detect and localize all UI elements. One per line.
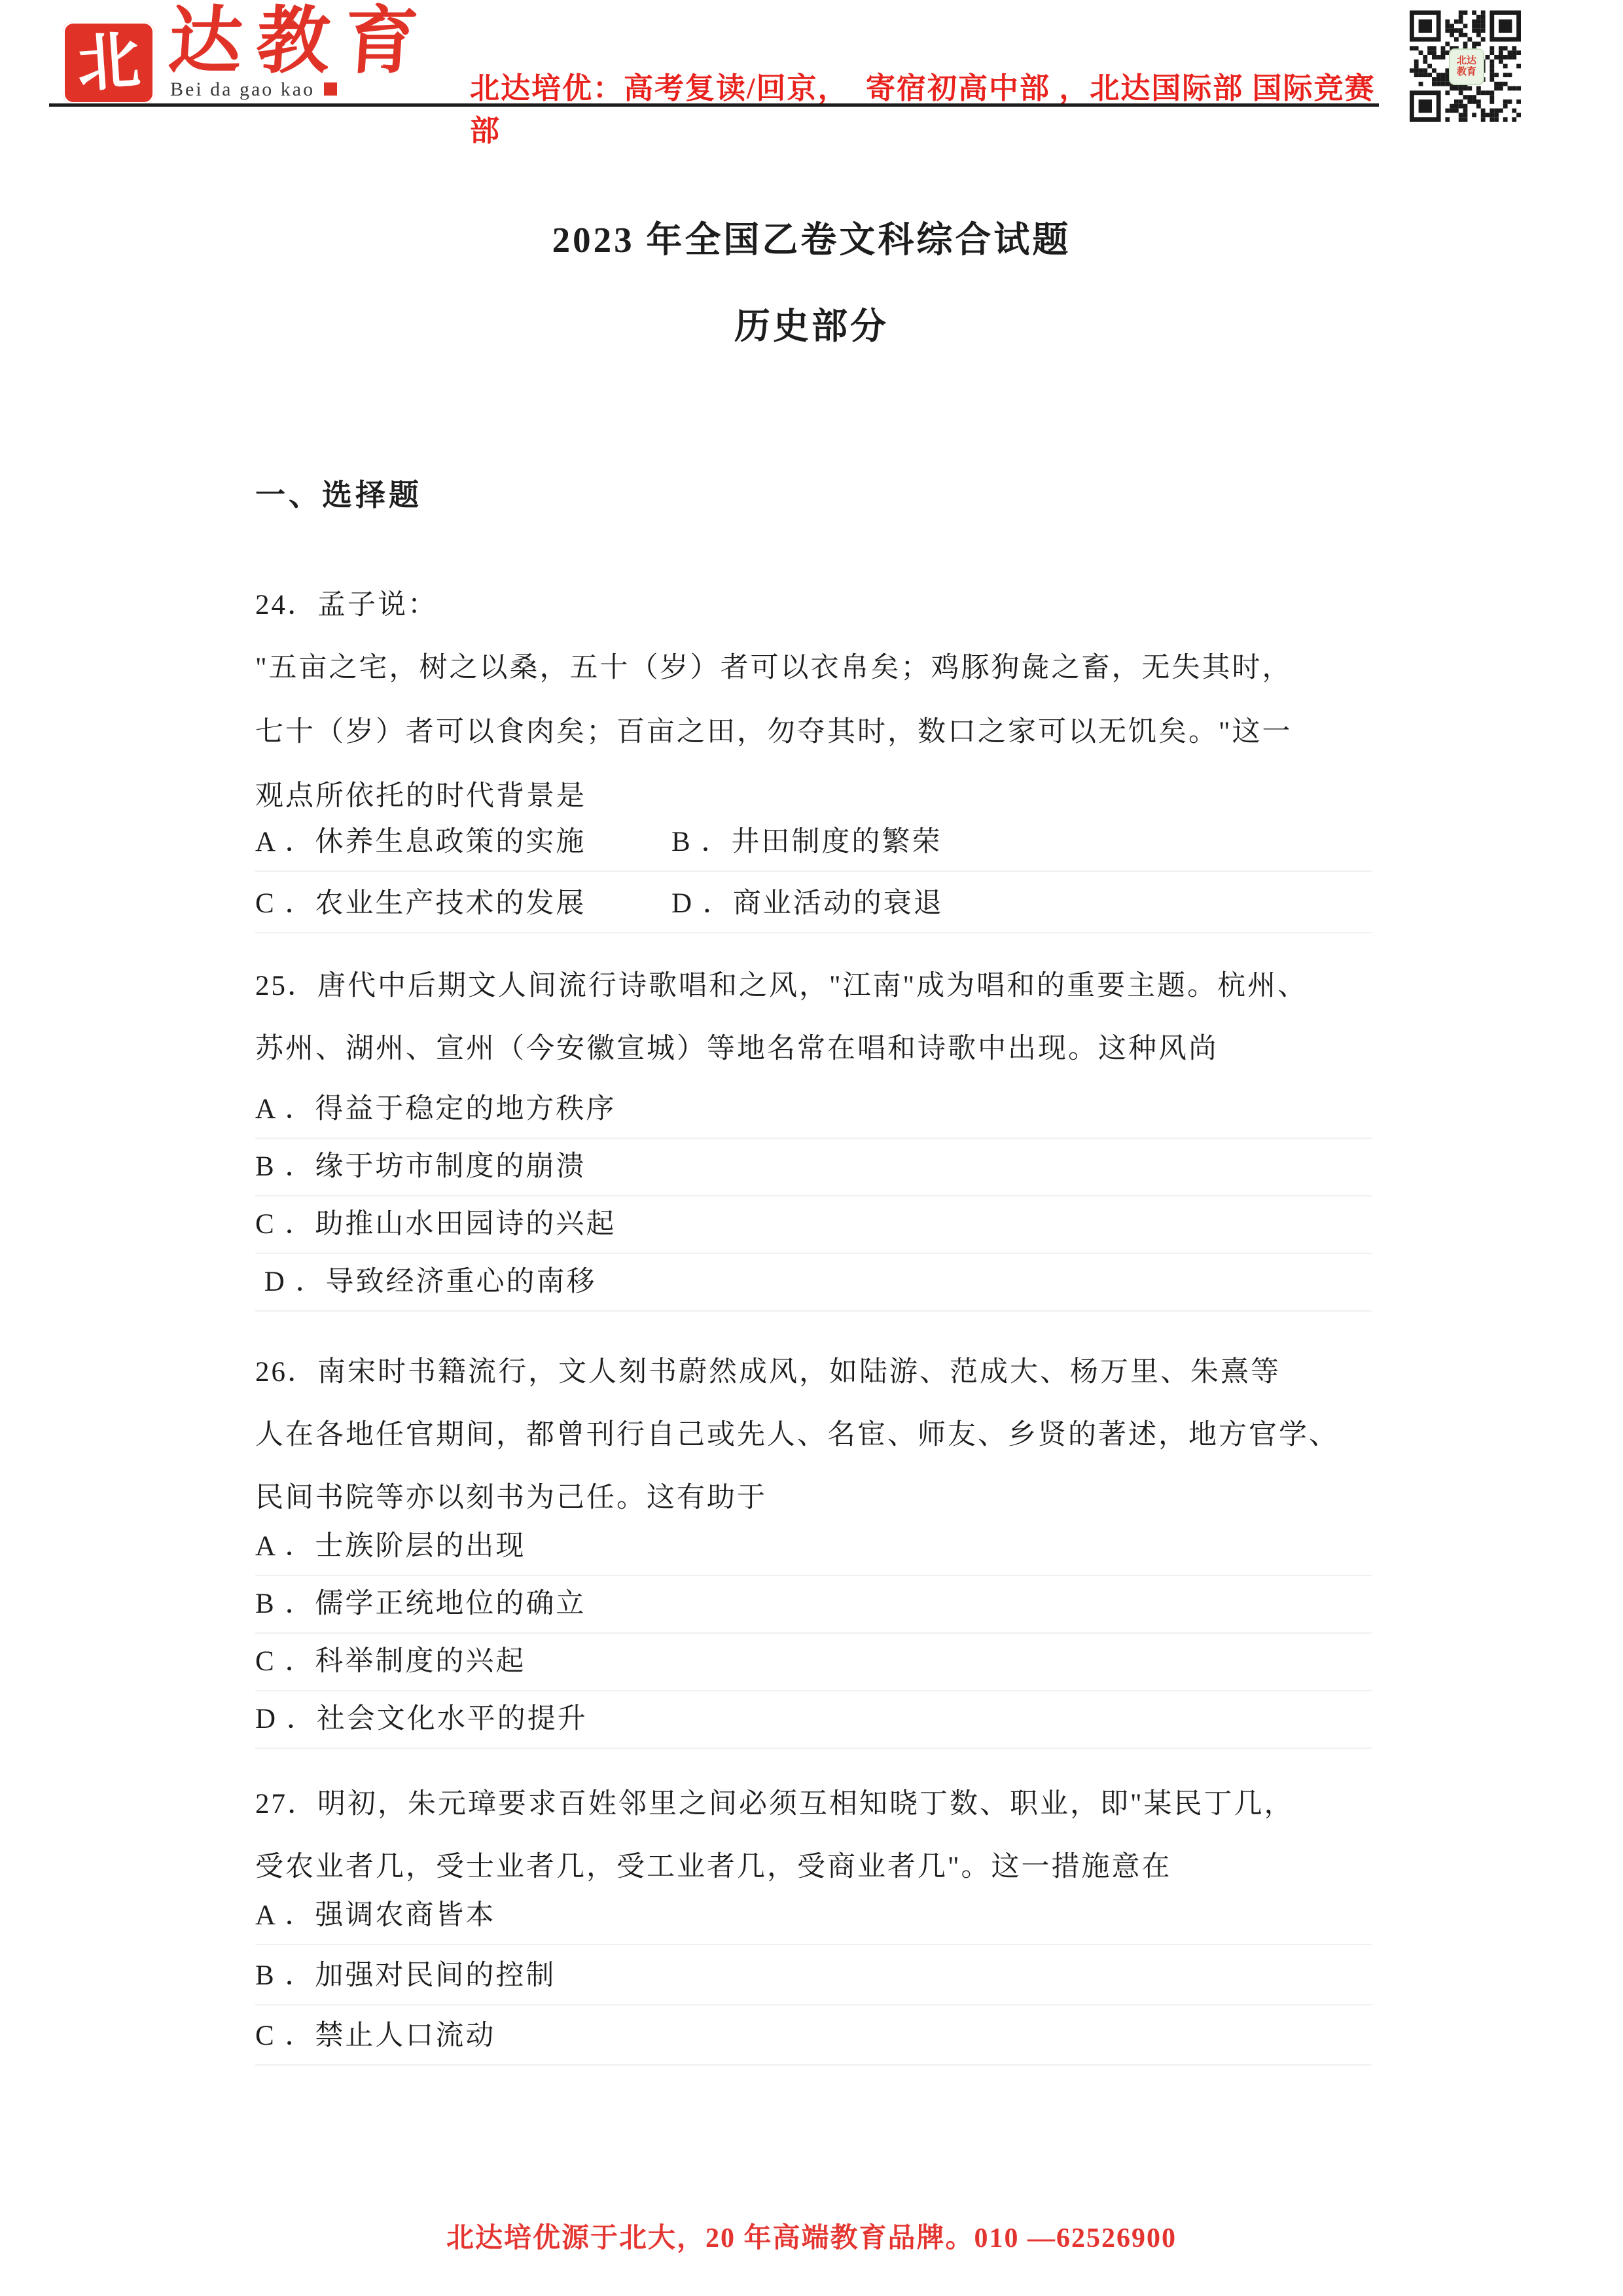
- qr-code: 北达 教育: [1410, 10, 1521, 122]
- footer-slogan: 北达培优源于北大，20 年高端教育品牌。010 —62526900: [0, 2216, 1623, 2255]
- q24-option-c: C ．农业生产技术的发展: [255, 885, 671, 923]
- q26-option-b: B ．儒学正统地位的确立: [255, 1585, 1372, 1634]
- qr-center-badge: 北达 教育: [1449, 48, 1484, 85]
- q27-stem-line: 27．明初，朱元璋要求百姓邻里之间必须互相知晓丁数、职业，即"某民丁几，: [255, 1785, 1372, 1823]
- q25-option-c: C ．助推山水田园诗的兴起: [255, 1206, 1372, 1254]
- q27-stem-line: 受农业者几，受士业者几，受工业者几，受商业者几"。这一措施意在: [255, 1848, 1372, 1886]
- q24-stem-line: "五亩之宅，树之以桑，五十（岁）者可以衣帛矣；鸡豚狗彘之畜，无失其时，: [255, 649, 1372, 687]
- header-divider: [49, 103, 1379, 107]
- q24-options-row: C ．农业生产技术的发展D ．商业活动的衰退: [255, 885, 1372, 933]
- q24-option-b: B ．井田制度的繁荣: [671, 827, 942, 857]
- logo-seal-character: 北: [75, 29, 142, 96]
- logo-brand-text: 达教育: [166, 5, 435, 79]
- document-subtitle: 历史部分: [0, 302, 1623, 351]
- q24-option-a: A ．休养生息政策的实施: [255, 823, 671, 861]
- q26-option-d: D ．社会文化水平的提升: [255, 1700, 1372, 1749]
- header-tagline: 北达培优：高考复读/回京， 寄宿初高中部 ，北达国际部 国际竞赛部: [470, 64, 1386, 149]
- q24-options-row: A ．休养生息政策的实施B ．井田制度的繁荣: [255, 823, 1372, 872]
- document-title: 2023 年全国乙卷文科综合试题: [0, 216, 1623, 264]
- q26-stem-line: 人在各地任官期间，都曾刊行自己或先人、名宦、师友、乡贤的著述，地方官学、: [255, 1416, 1372, 1454]
- logo-seal: 北: [63, 22, 154, 104]
- q24-stem-line: 24．孟子说：: [255, 586, 1372, 624]
- q25-option-a: A ．得益于稳定的地方秩序: [255, 1090, 1372, 1139]
- q26-stem-line: 26．南宋时书籍流行，文人刻书蔚然成风，如陆游、范成大、杨万里、朱熹等: [255, 1354, 1372, 1391]
- q25-option-b: B ．缘于坊市制度的崩溃: [255, 1148, 1372, 1196]
- logo-romanized: Bei da gao kao: [170, 79, 337, 101]
- q25-stem-line: 苏州、湖州、宣州（今安徽宣城）等地名常在唱和诗歌中出现。这种风尚: [255, 1030, 1372, 1068]
- exam-page: 北 达教育 Bei da gao kao 北达培优：高考复读/回京， 寄宿初高中…: [0, 0, 1623, 2296]
- q24-stem-line: 观点所依托的时代背景是: [255, 778, 1372, 816]
- q27-option-a: A ．强调农商皆本: [255, 1897, 1372, 1945]
- q26-option-a: A ．士族阶层的出现: [255, 1528, 1372, 1576]
- q27-option-c: C ．禁止人口流动: [255, 2017, 1372, 2066]
- red-square-icon: [324, 82, 337, 96]
- q25-stem-line: 25．唐代中后期文人间流行诗歌唱和之风，"江南"成为唱和的重要主题。杭州、: [255, 967, 1372, 1005]
- q25-option-d: D ．导致经济重心的南移: [255, 1263, 1372, 1312]
- q24-stem-line: 七十（岁）者可以食肉矣；百亩之田，勿夺其时，数口之家可以无饥矣。"这一: [255, 713, 1372, 751]
- q26-option-c: C ．科举制度的兴起: [255, 1643, 1372, 1691]
- section-heading: 一、选择题: [255, 475, 1372, 516]
- q27-option-b: B ．加强对民间的控制: [255, 1957, 1372, 2005]
- q24-option-d: D ．商业活动的衰退: [671, 888, 944, 919]
- q26-stem-line: 民间书院等亦以刻书为己任。这有助于: [255, 1479, 1372, 1517]
